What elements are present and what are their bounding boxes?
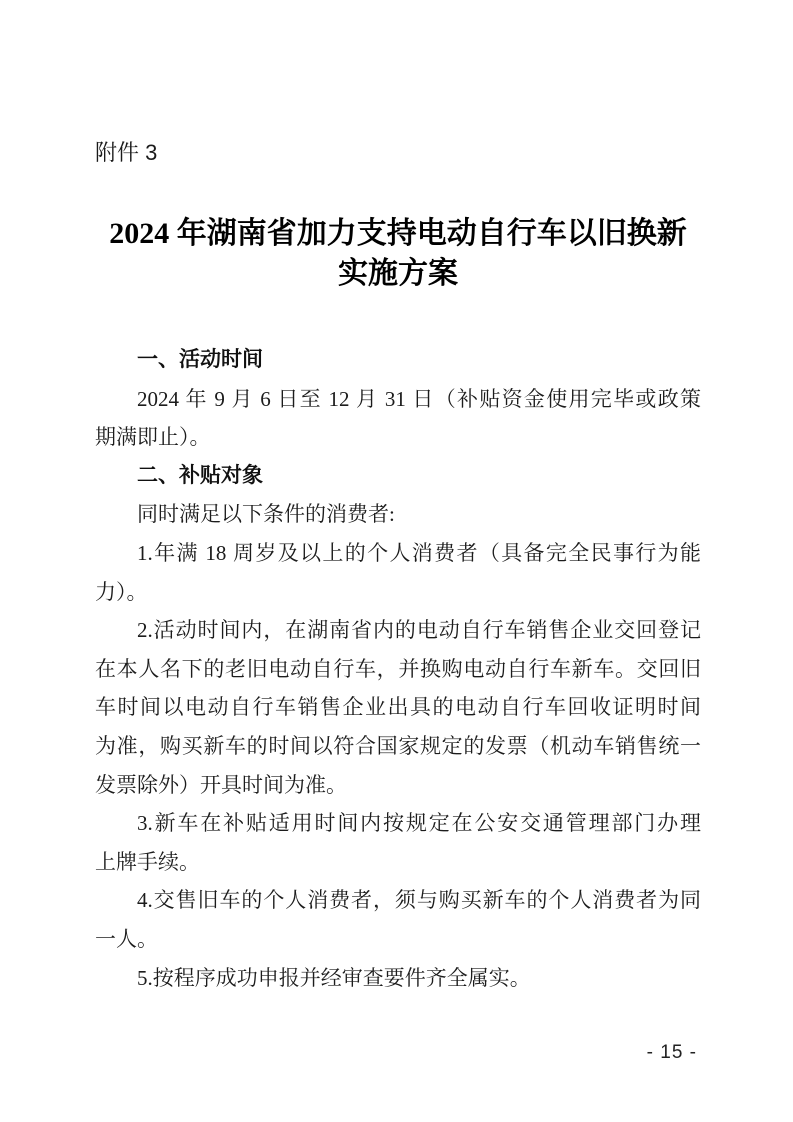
paragraph: 2024 年 9 月 6 日至 12 月 31 日（补贴资金使用完毕或政策期满即…: [95, 380, 701, 457]
paragraph-line: 发票除外）开具时间为准。: [95, 766, 701, 805]
document-title: 2024 年湖南省加力支持电动自行车以旧换新 实施方案: [95, 214, 701, 294]
paragraph-line: 1.年满 18 周岁及以上的个人消费者（具备完全民事行为能: [95, 534, 701, 573]
title-line-2: 实施方案: [95, 254, 701, 294]
paragraph-line: 3.新车在补贴适用时间内按规定在公安交通管理部门办理: [95, 804, 701, 843]
paragraph-line: 上牌手续。: [95, 843, 701, 882]
paragraph-line: 车时间以电动自行车销售企业出具的电动自行车回收证明时间: [95, 688, 701, 727]
paragraph: 3.新车在补贴适用时间内按规定在公安交通管理部门办理上牌手续。: [95, 804, 701, 881]
paragraph-line: 2024 年 9 月 6 日至 12 月 31 日（补贴资金使用完毕或政策: [95, 380, 701, 419]
section-heading: 一、活动时间: [95, 341, 701, 380]
paragraph-line: 力）。: [95, 573, 701, 612]
paragraph: 同时满足以下条件的消费者:: [95, 495, 701, 534]
section-heading: 二、补贴对象: [95, 457, 701, 496]
paragraph-line: 期满即止）。: [95, 418, 701, 457]
paragraph-line: 为准，购买新车的时间以符合国家规定的发票（机动车销售统一: [95, 727, 701, 766]
paragraph-line: 一人。: [95, 920, 701, 959]
title-line-1: 2024 年湖南省加力支持电动自行车以旧换新: [95, 214, 701, 254]
document-body: 一、活动时间2024 年 9 月 6 日至 12 月 31 日（补贴资金使用完毕…: [95, 341, 701, 997]
paragraph: 4.交售旧车的个人消费者，须与购买新车的个人消费者为同一人。: [95, 881, 701, 958]
paragraph-line: 5.按程序成功申报并经审查要件齐全属实。: [95, 959, 701, 998]
paragraph: 2.活动时间内，在湖南省内的电动自行车销售企业交回登记在本人名下的老旧电动自行车…: [95, 611, 701, 804]
attachment-label: 附件 3: [95, 138, 701, 168]
paragraph: 5.按程序成功申报并经审查要件齐全属实。: [95, 959, 701, 998]
paragraph-line: 4.交售旧车的个人消费者，须与购买新车的个人消费者为同: [95, 881, 701, 920]
page-number: - 15 -: [647, 1042, 697, 1064]
paragraph-line: 在本人名下的老旧电动自行车，并换购电动自行车新车。交回旧: [95, 650, 701, 689]
paragraph-line: 同时满足以下条件的消费者:: [95, 495, 701, 534]
paragraph: 1.年满 18 周岁及以上的个人消费者（具备完全民事行为能力）。: [95, 534, 701, 611]
paragraph-line: 2.活动时间内，在湖南省内的电动自行车销售企业交回登记: [95, 611, 701, 650]
document-page: 附件 3 2024 年湖南省加力支持电动自行车以旧换新 实施方案 一、活动时间2…: [0, 0, 793, 1122]
